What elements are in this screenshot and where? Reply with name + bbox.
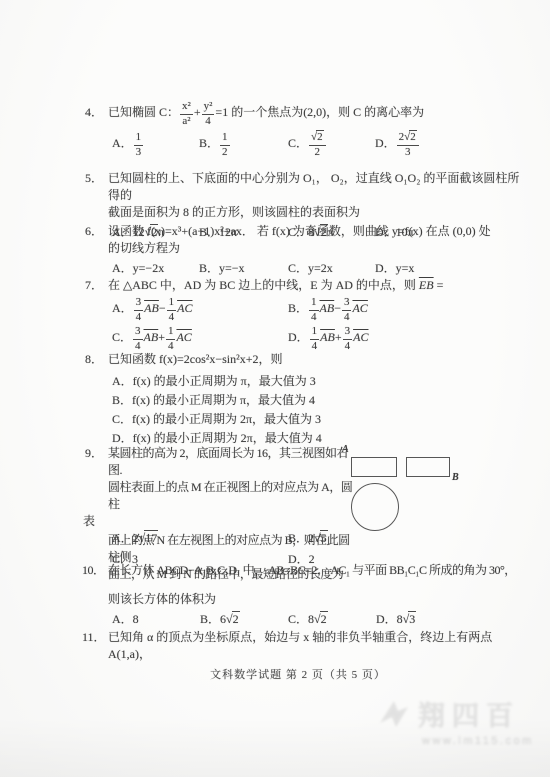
q6-option-b: B．y=−x: [199, 259, 288, 277]
three-view-diagram: A B: [340, 445, 480, 540]
q9-text: 9．某圆柱的高为 2，底面周长为 16，其三视图如右图.: [85, 445, 360, 479]
q8-option-c: C．f(x) 的最小正周期为 2π，最大值为 3: [85, 410, 525, 429]
q10-option-b: B．6√2: [200, 610, 288, 628]
diagram-label-a: A: [342, 445, 349, 455]
q7-option-a: A．34AB−14AC: [112, 297, 288, 323]
q7-number: 7．: [85, 277, 108, 294]
q4-option-d: D．2√23: [375, 132, 525, 158]
q7-line1: 在 △ABC 中，AD 为 BC 边上的中线，E 为 AD 的中点，则 EB =: [108, 278, 443, 292]
q6-number: 6．: [85, 223, 108, 240]
q9-line1: 某圆柱的高为 2，底面周长为 16，其三视图如右图.: [108, 446, 348, 477]
q10-option-a: A．8: [112, 610, 200, 628]
q10-line2: 则该长方体的体积为: [82, 591, 527, 608]
question-10: 10．在长方体 ABCD−A₁B₁C₁D₁ 中， AB=BC=2， AC₁ 与平…: [82, 562, 527, 628]
question-11: 11．已知角 α 的顶点为坐标原点，始边与 x 轴的非负半轴重合，终边上有两点 …: [82, 629, 527, 663]
q8-option-b: B．f(x) 的最小正周期为 π，最大值为 4: [85, 391, 525, 410]
q11-text: 11．已知角 α 的顶点为坐标原点，始边与 x 轴的非负半轴重合，终边上有两点 …: [82, 629, 527, 663]
q8-text: 8．已知函数 f(x)=2cos²x−sin²x+2，则: [85, 351, 525, 368]
q6-option-c: C．y=2x: [288, 259, 375, 277]
q10-number: 10．: [82, 562, 108, 579]
q11-number: 11．: [82, 629, 108, 646]
q4-option-a: A．13: [112, 132, 199, 158]
q6-text: 6．设函数 f(x)=x³+(a−1)x²+ax． 若 f(x) 为奇函数，则曲…: [85, 223, 525, 240]
question-4: 4．已知椭圆 C：x²a²+y²4=1 的一个焦点为(2,0)，则 C 的离心率…: [85, 101, 525, 158]
q7-options: A．34AB−14AC B．14AB−34AC C．34AB+14AC D．14…: [85, 297, 525, 352]
watermark-url: www.lm115.com: [378, 735, 550, 747]
front-view-rect: [351, 457, 397, 477]
q8-number: 8．: [85, 351, 108, 368]
q4-line1: 已知椭圆 C：x²a²+y²4=1 的一个焦点为(2,0)，则 C 的离心率为: [108, 105, 424, 119]
q6-line2: 的切线方程为: [85, 240, 525, 257]
watermark: 翔四百 www.lm115.com: [378, 694, 550, 747]
question-8: 8．已知函数 f(x)=2cos²x−sin²x+2，则 A．f(x) 的最小正…: [85, 351, 525, 448]
q5-text: 5．已知圆柱的上、下底面的中心分别为 O₁， O₂，过直线 O₁O₂ 的平面截该…: [85, 170, 525, 204]
q10-text: 10．在长方体 ABCD−A₁B₁C₁D₁ 中， AB=BC=2， AC₁ 与平…: [82, 562, 527, 579]
q7-option-d: D．14AB+34AC: [288, 326, 525, 352]
q4-number: 4．: [85, 104, 108, 121]
q10-option-d: D．8√3: [376, 610, 527, 628]
q5-line2: 截面是面积为 8 的正方形，则该圆柱的表面积为: [85, 204, 525, 221]
q6-line1: 设函数 f(x)=x³+(a−1)x²+ax． 若 f(x) 为奇函数，则曲线 …: [108, 224, 491, 238]
q4-option-b: B．12: [199, 132, 288, 158]
q9-line2: 圆柱表面上的点 M 在正视图上的对应点为 A，圆柱: [85, 479, 360, 513]
q4-option-c: C．√22: [288, 132, 375, 158]
side-view-rect: [406, 457, 450, 477]
q8-option-a: A．f(x) 的最小正周期为 π，最大值为 3: [85, 372, 525, 391]
q10-option-c: C．8√2: [288, 610, 376, 628]
watermark-text: 翔四百: [418, 694, 520, 733]
watermark-logo-icon: [378, 697, 412, 731]
q11-line1: 已知角 α 的顶点为坐标原点，始边与 x 轴的非负半轴重合，终边上有两点 A(1…: [108, 630, 492, 661]
q9-option-a: A．2√17: [112, 529, 288, 547]
question-6: 6．设函数 f(x)=x³+(a−1)x²+ax． 若 f(x) 为奇函数，则曲…: [85, 223, 525, 277]
q6-option-a: A．y=−2x: [112, 259, 199, 277]
page-footer: 文科数学试题 第 2 页（共 5 页）: [0, 666, 550, 682]
q6-option-d: D．y=x: [375, 259, 525, 277]
q5-number: 5．: [85, 170, 108, 187]
question-7: 7．在 △ABC 中，AD 为 BC 边上的中线，E 为 AD 的中点，则 EB…: [85, 277, 525, 352]
q10-line1: 在长方体 ABCD−A₁B₁C₁D₁ 中， AB=BC=2， AC₁ 与平面 B…: [108, 563, 516, 577]
q7-option-b: B．14AB−34AC: [288, 297, 525, 323]
q10-options: A．8 B．6√2 C．8√2 D．8√3: [82, 610, 527, 628]
exam-page: 4．已知椭圆 C：x²a²+y²4=1 的一个焦点为(2,0)，则 C 的离心率…: [0, 0, 550, 777]
top-view-circle: [351, 483, 399, 531]
q8-line1: 已知函数 f(x)=2cos²x−sin²x+2，则: [108, 352, 283, 366]
q5-line1: 已知圆柱的上、下底面的中心分别为 O₁， O₂，过直线 O₁O₂ 的平面截该圆柱…: [108, 171, 519, 202]
q6-options: A．y=−2x B．y=−x C．y=2x D．y=x: [85, 259, 525, 277]
q4-text: 4．已知椭圆 C：x²a²+y²4=1 的一个焦点为(2,0)，则 C 的离心率…: [85, 101, 525, 127]
q7-text: 7．在 △ABC 中，AD 为 BC 边上的中线，E 为 AD 的中点，则 EB…: [85, 277, 525, 294]
q9-number: 9．: [85, 445, 108, 462]
q4-options: A．13 B．12 C．√22 D．2√23: [85, 132, 525, 158]
diagram-label-b: B: [452, 473, 459, 483]
q7-option-c: C．34AB+14AC: [112, 326, 288, 352]
